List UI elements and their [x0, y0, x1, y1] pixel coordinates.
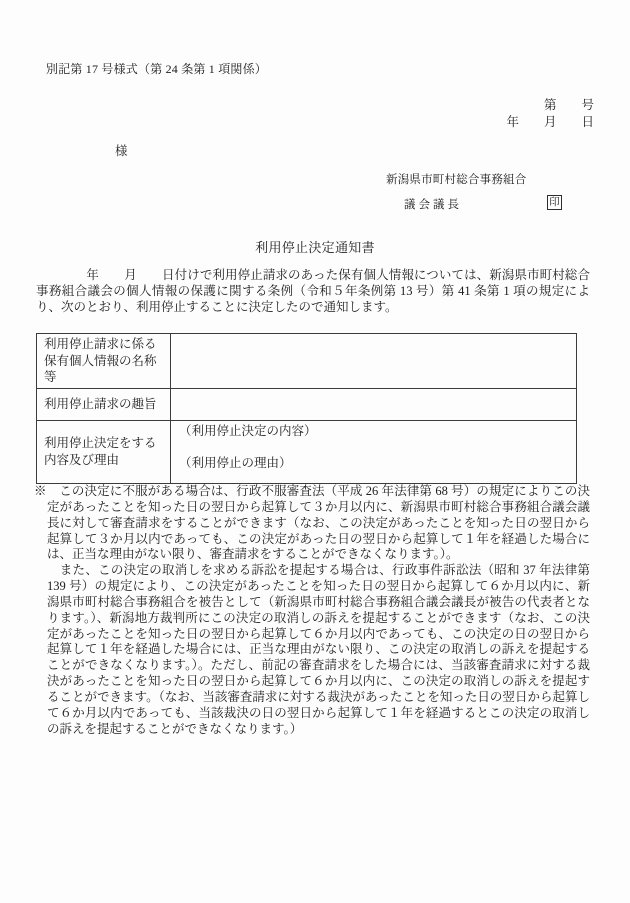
row-label-personal-info-name: 利用停止請求に係る保有個人情報の名称等	[37, 334, 171, 389]
row-value-request-purpose	[171, 388, 577, 420]
row-label-decision-content-reason: 利用停止決定をする内容及び理由	[37, 420, 171, 483]
suspension-reason-caption: （利用停止の理由）	[179, 455, 567, 471]
addressee-honorific: 様	[115, 141, 128, 159]
spacer	[179, 439, 567, 455]
document-title: 利用停止決定通知書	[0, 237, 630, 256]
body-paragraph: 年 月 日付けで利用停止請求のあった保有個人情報については、新潟県市町村総合事務…	[36, 267, 590, 316]
seal-character: 印	[549, 195, 560, 210]
notes-section: ※ この決定に不服がある場合は、行政不服審査法（平成 26 年法律第 68 号）…	[47, 484, 590, 738]
note-lawsuit-paragraph: また、この決定の取消しを求める訴訟を提起する場合は、行政事件訴訟法（昭和 37 …	[47, 563, 590, 737]
row-label-request-purpose: 利用停止請求の趣旨	[37, 388, 171, 420]
doc-number-line: 第 号	[544, 95, 594, 113]
row-value-decision-content-reason: （利用停止決定の内容） （利用停止の理由）	[171, 420, 577, 483]
table-row: 利用停止決定をする内容及び理由 （利用停止決定の内容） （利用停止の理由）	[37, 420, 577, 483]
sender-organization: 新潟県市町村総合事務組合	[386, 171, 526, 187]
table-row: 利用停止請求に係る保有個人情報の名称等	[37, 334, 577, 389]
seal-box: 印	[547, 195, 562, 210]
date-line: 年 月 日	[506, 112, 594, 130]
document-page: 別記第 17 号様式（第 24 条第 1 項関係） 第 号 年 月 日 様 新潟…	[0, 0, 630, 903]
sender-title: 議会議長	[404, 196, 462, 212]
note-appeal-paragraph: ※ この決定に不服がある場合は、行政不服審査法（平成 26 年法律第 68 号）…	[47, 484, 590, 563]
decision-table: 利用停止請求に係る保有個人情報の名称等 利用停止請求の趣旨 利用停止決定をする内…	[36, 333, 577, 484]
row-value-personal-info-name	[171, 334, 577, 389]
form-number: 別記第 17 号様式（第 24 条第 1 項関係）	[46, 60, 267, 77]
table-row: 利用停止請求の趣旨	[37, 388, 577, 420]
decision-content-caption: （利用停止決定の内容）	[179, 423, 567, 439]
